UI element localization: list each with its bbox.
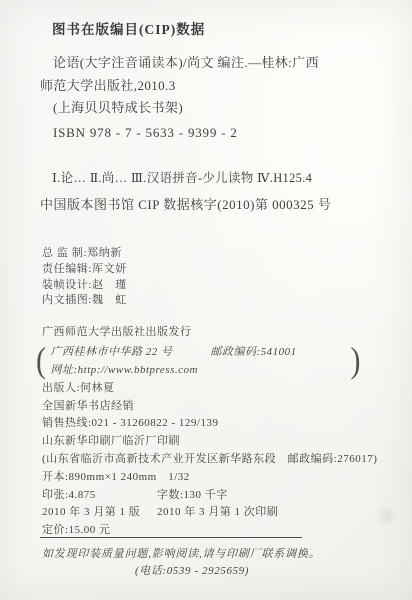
sales-hotline-line: 销售热线:021 - 31260822 - 129/139 [42,415,382,433]
publisher-postcode: 邮政编码:541001 [211,343,297,361]
printer-line: 山东新华印刷厂临沂厂印刷 [42,433,382,451]
staff-row-producer: 总 监 制:郑纳新 [42,246,127,262]
staff-label: 总 监 制 [42,247,84,259]
word-count-value: 字数:130 千字 [157,487,228,505]
publisher-person-line: 出版人:何林夏 [42,380,382,398]
staff-label: 内文插图 [42,294,88,306]
staff-credit-list: 总 监 制:郑纳新 责任编辑:厍文妍 装帧设计:赵 瑾 内文插图:魏 虹 [42,246,127,309]
staff-name: 郑纳新 [87,247,122,259]
sheets-value: 印张:4.875 [42,487,157,505]
staff-label: 装帧设计 [42,279,88,291]
publisher-address: 广西桂林市中华路 22 号 [51,343,173,361]
cip-classification-line: Ⅰ.论… Ⅱ.尚… Ⅲ.汉语拼音-少儿读物 Ⅳ.H125.4 [52,168,392,186]
isbn-line: ISBN 978 - 7 - 5633 - 9399 - 2 [40,122,370,145]
sheets-wordcount-row: 印张:4.875 字数:130 千字 [42,487,382,505]
publisher-website: 网址:http://www.bbtpress.com [51,364,198,376]
staff-name: 赵 瑾 [92,279,127,291]
printer-phone: (电话:0539 - 2925659) [42,562,342,578]
staff-row-illustrator: 内文插图:魏 虹 [42,293,127,309]
book-copyright-page: 图书在版编目(CIP)数据 论语(大字注音诵读本)/尚文 编注.—桂林:广西 师… [0,0,412,600]
cip-header: 图书在版编目(CIP)数据 [52,18,205,38]
staff-name: 魏 虹 [92,294,127,306]
staff-row-designer: 装帧设计:赵 瑾 [42,278,127,294]
printer-address-line: (山东省临沂市高新技术产业开发区新华路东段 邮政编码:276017) [42,451,382,469]
staff-name: 厍文妍 [92,263,127,275]
quality-notice: 如发现印装质量问题,影响阅读,请与印刷厂联系调换。 [42,545,372,561]
address-row: 广西桂林市中华路 22 号 邮政编码:541001 [51,343,351,361]
staff-row-editor: 责任编辑:厍文妍 [42,262,127,278]
staff-label: 责任编辑 [42,263,88,275]
edition-printing-row: 2010 年 3 月第 1 版 2010 年 3 月第 1 次印刷 [42,504,382,522]
cip-record-block: 论语(大字注音诵读本)/尚文 编注.—桂林:广西 师范大学出版社,2010.3 … [40,52,370,144]
open-paren: ( [36,339,47,382]
cip-series-line: (上海贝贝特成长书架) [40,97,370,120]
distribution-line: 全国新华书店经销 [42,398,382,416]
colophon-block: 广西师范大学出版社出版发行 ( 广西桂林市中华路 22 号 邮政编码:54100… [42,324,382,540]
format-line: 开本:890mm×1 240mm 1/32 [42,469,382,487]
publisher-address-group: ( 广西桂林市中华路 22 号 邮政编码:541001 网址:http://ww… [36,343,382,379]
close-paren: ) [351,339,362,382]
footer-divider-rule [40,537,302,538]
publisher-address-inner: 广西桂林市中华路 22 号 邮政编码:541001 网址:http://www.… [51,343,351,379]
cip-title-line2: 师范大学出版社,2010.3 [40,75,370,98]
printing-value: 2010 年 3 月第 1 次印刷 [157,504,278,522]
cip-number-line: 中国版本图书馆 CIP 数据核字(2010)第 000325 号 [40,194,380,213]
publisher-line: 广西师范大学出版社出版发行 [42,324,382,342]
edition-value: 2010 年 3 月第 1 版 [42,504,157,522]
cip-title-line1: 论语(大字注音诵读本)/尚文 编注.—桂林:广西 [40,52,370,75]
scan-smudge [376,505,398,527]
